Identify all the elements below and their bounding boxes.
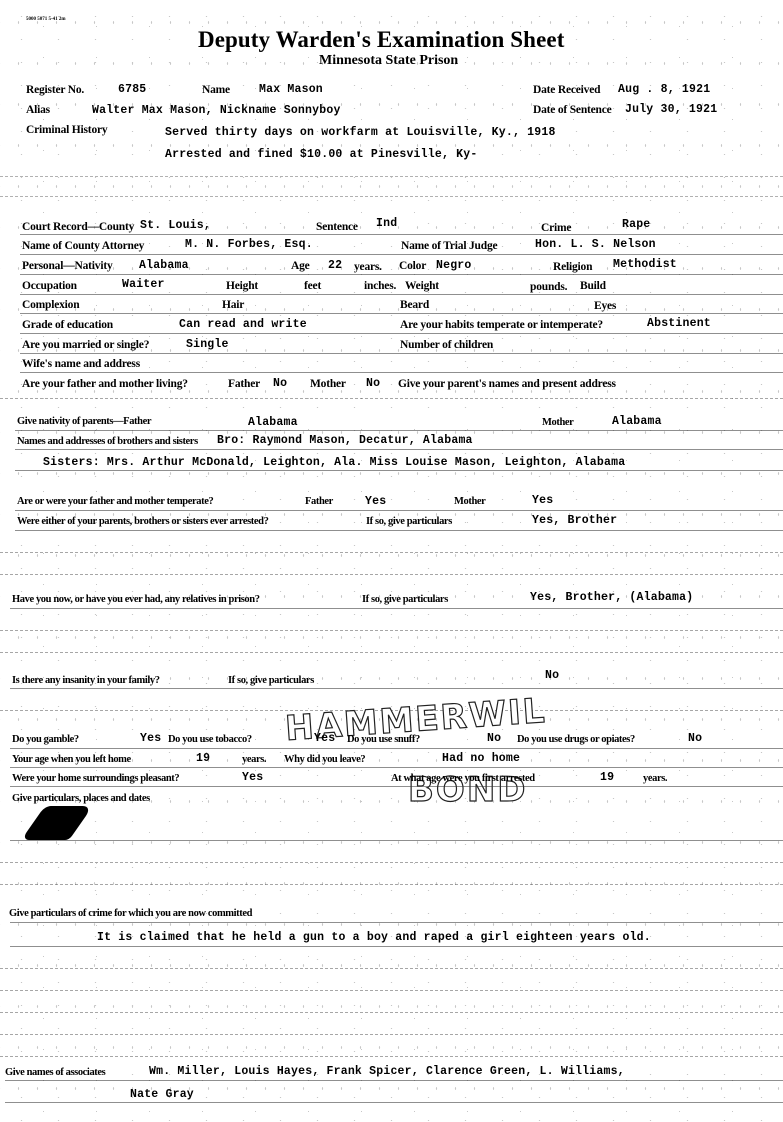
nativity-label: Personal—Nativity bbox=[22, 260, 113, 272]
county-attorney-value: M. N. Forbes, Esq. bbox=[185, 238, 313, 251]
parents-living-label: Are your father and mother living? bbox=[22, 378, 188, 390]
father-label: Father bbox=[228, 378, 260, 390]
page-subtitle: Minnesota State Prison bbox=[319, 53, 458, 69]
siblings-line-1: Bro: Raymond Mason, Decatur, Alabama bbox=[217, 434, 473, 447]
hair-label: Hair bbox=[222, 299, 244, 311]
father-nativity-value: Alabama bbox=[248, 416, 298, 429]
associates-line-1: Wm. Miller, Louis Hayes, Frank Spicer, C… bbox=[149, 1065, 625, 1078]
register-label: Register No. bbox=[26, 84, 84, 96]
feet-label: feet bbox=[304, 280, 321, 292]
county-attorney-label: Name of County Attorney bbox=[22, 240, 144, 252]
relatives-particulars-label: If so, give particulars bbox=[362, 594, 448, 605]
insanity-label: Is there any insanity in your family? bbox=[12, 675, 160, 686]
first-arrested-label: At what age were you first arrested bbox=[391, 773, 535, 784]
court-record-label: Court Record—County bbox=[22, 221, 134, 233]
father-living-value: No bbox=[273, 377, 287, 390]
age-label: Age bbox=[291, 260, 310, 272]
form-number: 5000 5071 5-41 2m bbox=[26, 17, 66, 22]
gamble-value: Yes bbox=[140, 732, 161, 745]
snuff-value: No bbox=[487, 732, 501, 745]
snuff-label: Do you use snuff? bbox=[347, 734, 420, 745]
particulars-label: Give particulars, places and dates bbox=[12, 793, 150, 804]
relatives-prison-label: Have you now, or have you ever had, any … bbox=[12, 594, 260, 605]
eyes-label: Eyes bbox=[594, 300, 616, 312]
scanned-page: 5000 5071 5-41 2m Deputy Warden's Examin… bbox=[0, 0, 783, 1122]
crime-value: Rape bbox=[622, 218, 650, 231]
drugs-label: Do you use drugs or opiates? bbox=[517, 734, 635, 745]
age-value: 22 bbox=[328, 259, 342, 272]
criminal-history-line-1: Served thirty days on workfarm at Louisv… bbox=[165, 126, 556, 139]
first-arrested-value: 19 bbox=[600, 771, 614, 784]
criminal-history-label: Criminal History bbox=[26, 124, 107, 136]
arrested-value: Yes, Brother bbox=[532, 514, 617, 527]
education-value: Can read and write bbox=[179, 318, 307, 331]
mother-living-value: No bbox=[366, 377, 380, 390]
first-arrested-years: years. bbox=[643, 773, 667, 784]
religion-value: Methodist bbox=[613, 258, 677, 271]
parents-address-label: Give your parent's names and present add… bbox=[398, 378, 616, 390]
habits-value: Abstinent bbox=[647, 317, 711, 330]
sentence-value: Ind bbox=[376, 217, 397, 230]
arrested-particulars-label: If so, give particulars bbox=[366, 516, 452, 527]
trial-judge-value: Hon. L. S. Nelson bbox=[535, 238, 656, 251]
weight-label: Weight bbox=[405, 280, 439, 292]
relatives-prison-value: Yes, Brother, (Alabama) bbox=[530, 591, 693, 604]
years-label: years. bbox=[354, 261, 382, 273]
nativity-parents-label: Give nativity of parents—Father bbox=[17, 416, 151, 427]
name-value: Max Mason bbox=[259, 83, 323, 96]
temperate-mother-label: Mother bbox=[454, 496, 485, 507]
tobacco-label: Do you use tobacco? bbox=[168, 734, 252, 745]
insanity-particulars-label: If so, give particulars bbox=[228, 675, 314, 686]
occupation-value: Waiter bbox=[122, 278, 165, 291]
color-value: Negro bbox=[436, 259, 472, 272]
children-label: Number of children bbox=[400, 339, 493, 351]
date-received-value: Aug . 8, 1921 bbox=[618, 83, 710, 96]
color-label: Color bbox=[399, 260, 426, 272]
alias-label: Alias bbox=[26, 104, 50, 116]
temperate-father-value: Yes bbox=[365, 495, 386, 508]
why-leave-value: Had no home bbox=[442, 752, 520, 765]
associates-line-2: Nate Gray bbox=[130, 1088, 194, 1101]
why-leave-label: Why did you leave? bbox=[284, 754, 365, 765]
temperate-father-label: Father bbox=[305, 496, 333, 507]
name-label: Name bbox=[202, 84, 230, 96]
temperate-mother-value: Yes bbox=[532, 494, 553, 507]
drugs-value: No bbox=[688, 732, 702, 745]
date-sentence-label: Date of Sentence bbox=[533, 104, 612, 116]
left-home-label: Your age when you left home bbox=[12, 754, 131, 765]
religion-label: Religion bbox=[553, 261, 592, 273]
surroundings-label: Were your home surroundings pleasant? bbox=[12, 773, 179, 784]
tobacco-value: Yes bbox=[314, 732, 335, 745]
temperate-label: Are or were your father and mother tempe… bbox=[17, 496, 213, 507]
inches-label: inches. bbox=[364, 280, 396, 292]
height-label: Height bbox=[226, 280, 258, 292]
page-title: Deputy Warden's Examination Sheet bbox=[198, 27, 564, 53]
register-value: 6785 bbox=[118, 83, 146, 96]
beard-label: Beard bbox=[400, 299, 429, 311]
crime-particulars-label: Give particulars of crime for which you … bbox=[9, 908, 252, 919]
gamble-label: Do you gamble? bbox=[12, 734, 79, 745]
nativity-value: Alabama bbox=[139, 259, 189, 272]
habits-label: Are your habits temperate or intemperate… bbox=[400, 319, 603, 331]
crime-label: Crime bbox=[541, 222, 571, 234]
surroundings-value: Yes bbox=[242, 771, 263, 784]
complexion-label: Complexion bbox=[22, 299, 79, 311]
build-label: Build bbox=[580, 280, 606, 292]
siblings-line-2: Sisters: Mrs. Arthur McDonald, Leighton,… bbox=[43, 456, 625, 469]
date-received-label: Date Received bbox=[533, 84, 600, 96]
alias-value: Walter Max Mason, Nickname Sonnyboy bbox=[92, 104, 341, 117]
crime-particulars-value: It is claimed that he held a gun to a bo… bbox=[97, 931, 651, 944]
mother-nativity-label: Mother bbox=[542, 417, 573, 428]
siblings-label: Names and addresses of brothers and sist… bbox=[17, 436, 198, 447]
occupation-label: Occupation bbox=[22, 280, 77, 292]
county-value: St. Louis, bbox=[140, 219, 211, 232]
mother-label: Mother bbox=[310, 378, 346, 390]
criminal-history-line-2: Arrested and fined $10.00 at Pinesville,… bbox=[165, 148, 477, 161]
pounds-label: pounds. bbox=[530, 281, 567, 293]
associates-label: Give names of associates bbox=[5, 1067, 105, 1078]
left-home-years: years. bbox=[242, 754, 266, 765]
sentence-label: Sentence bbox=[316, 221, 358, 233]
wife-label: Wife's name and address bbox=[22, 358, 140, 370]
date-sentence-value: July 30, 1921 bbox=[625, 103, 717, 116]
insanity-value: No bbox=[545, 669, 559, 682]
left-home-value: 19 bbox=[196, 752, 210, 765]
married-label: Are you married or single? bbox=[22, 339, 149, 351]
education-label: Grade of education bbox=[22, 319, 113, 331]
married-value: Single bbox=[186, 338, 229, 351]
mother-nativity-value: Alabama bbox=[612, 415, 662, 428]
trial-judge-label: Name of Trial Judge bbox=[401, 240, 497, 252]
arrested-label: Were either of your parents, brothers or… bbox=[17, 516, 268, 527]
